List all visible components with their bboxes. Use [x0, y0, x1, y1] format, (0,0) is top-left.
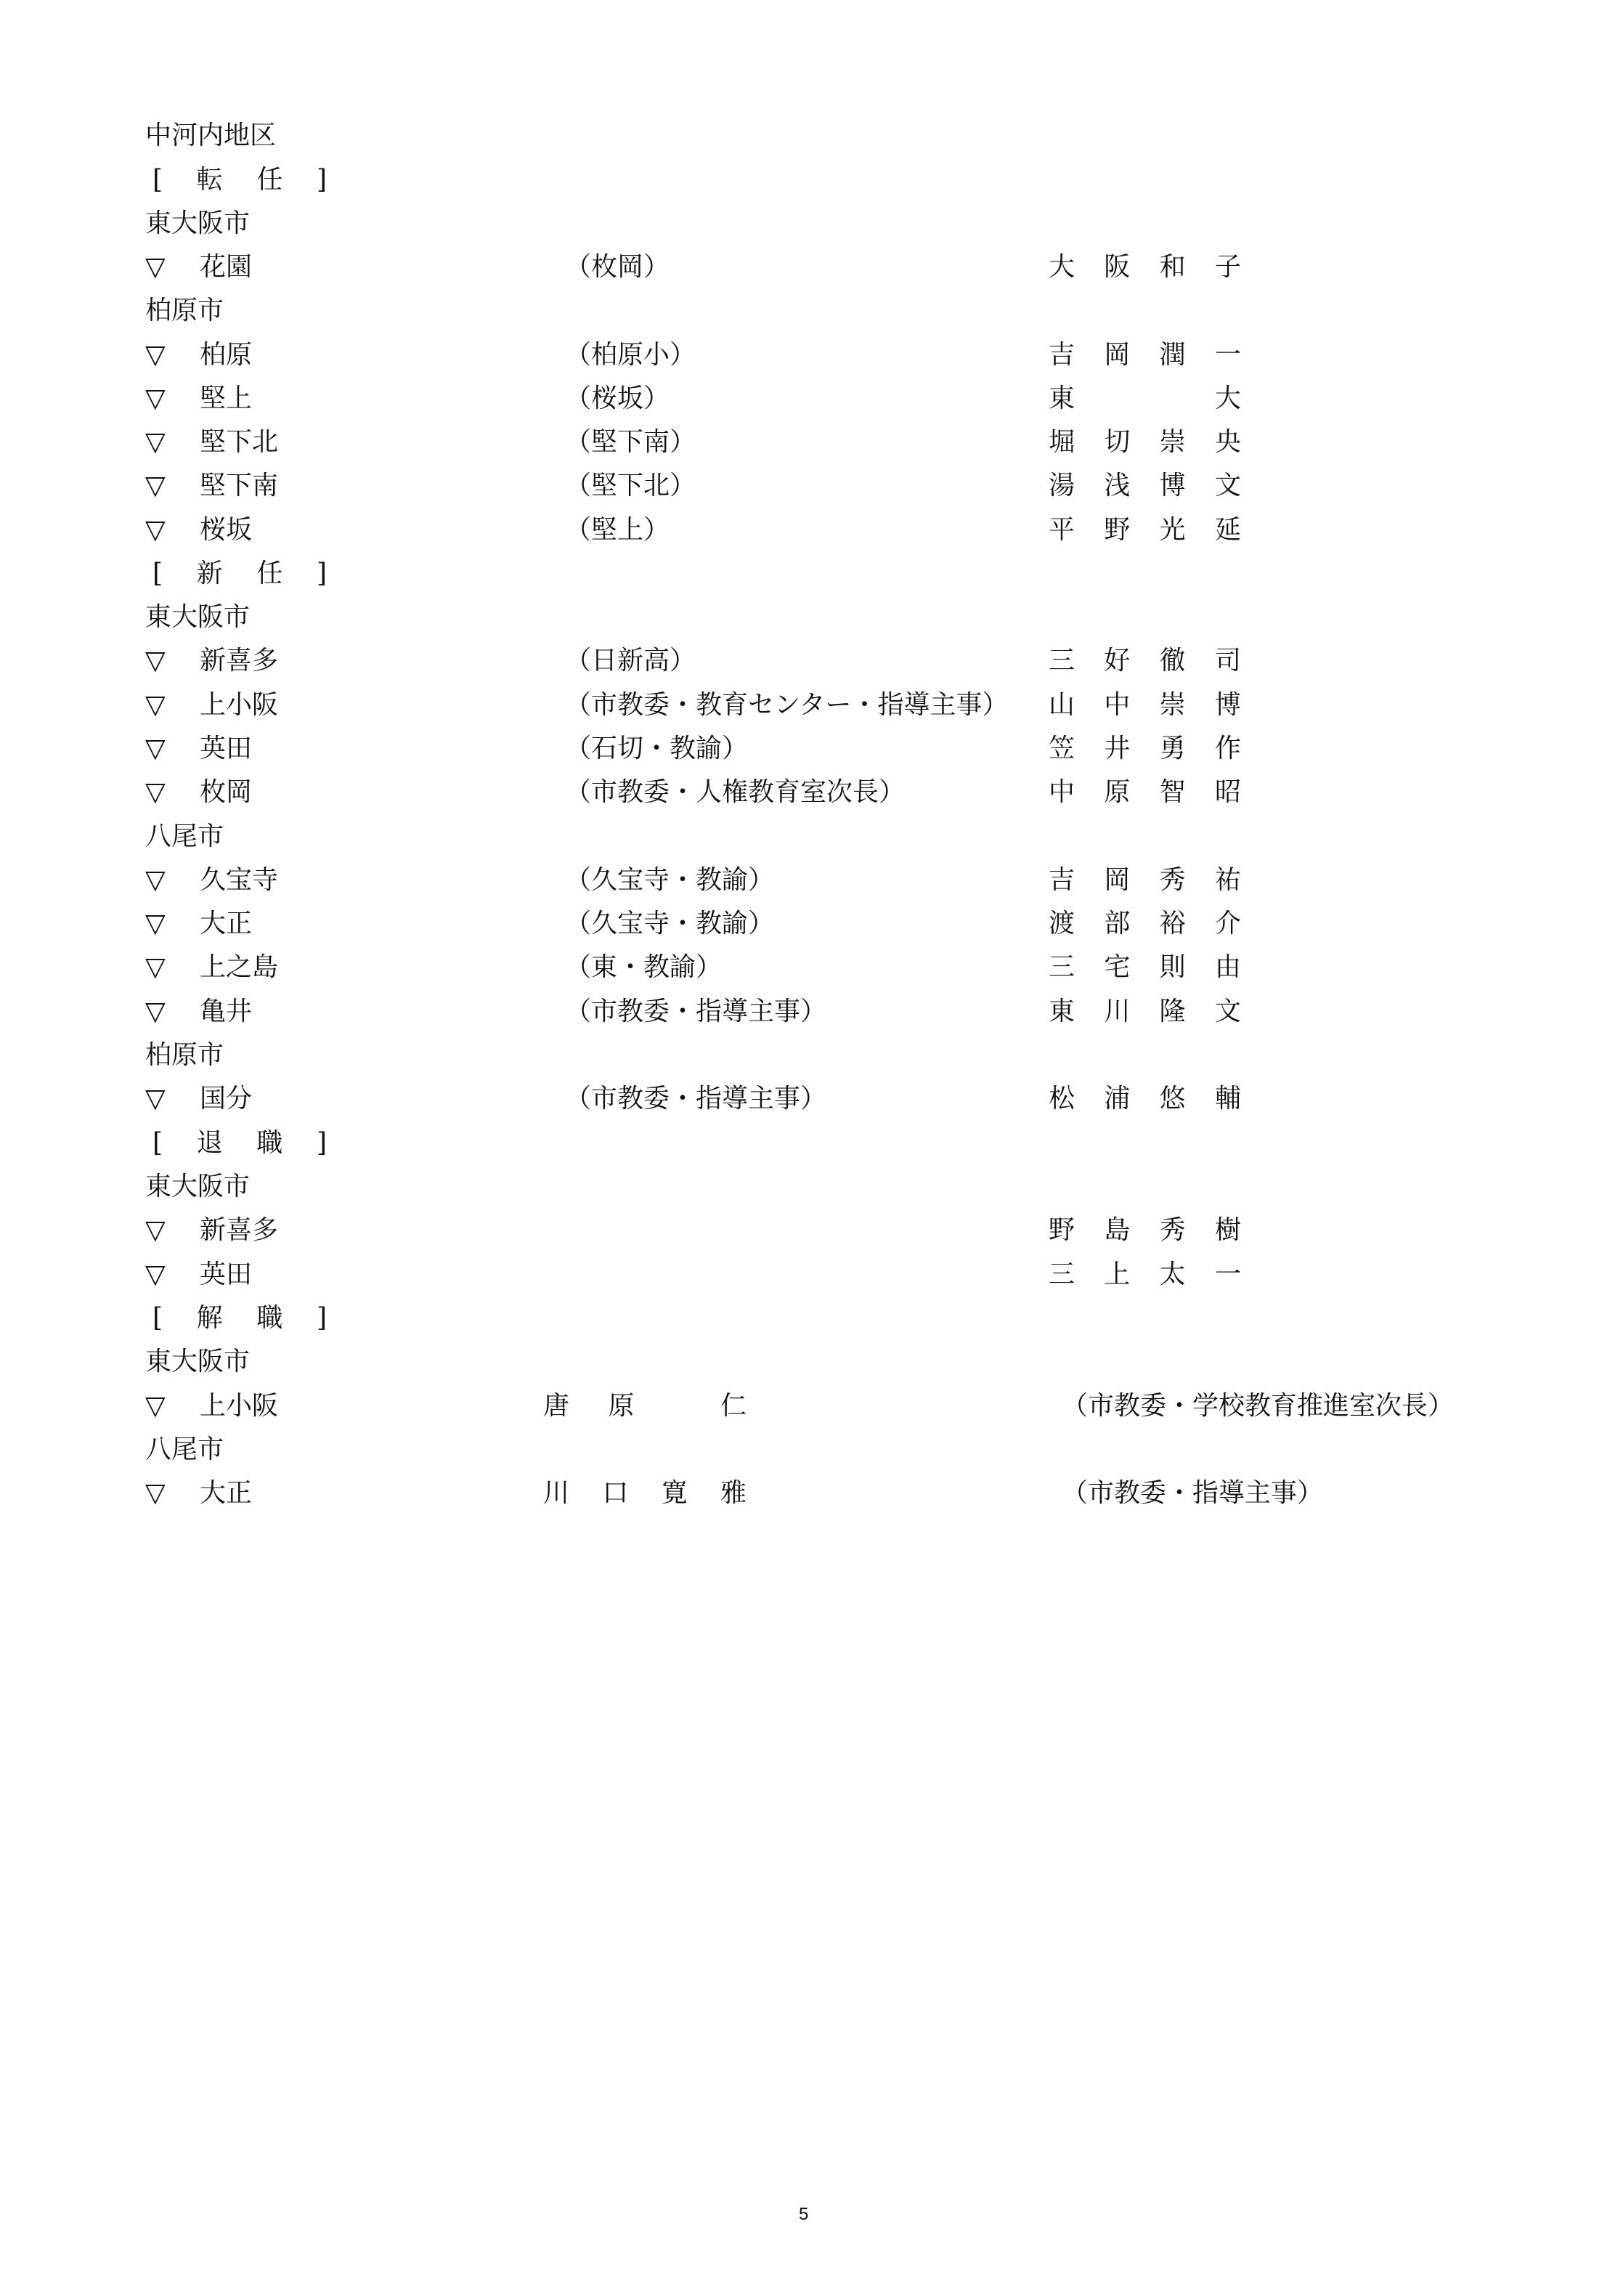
- school-name: 堅下南: [200, 464, 278, 508]
- triangle-marker-icon: ▽: [145, 990, 166, 1034]
- personnel-row: ▽ 堅下南 （堅下北） 湯浅博文: [0, 464, 1623, 508]
- city-heading: 東大阪市: [0, 1340, 1623, 1384]
- triangle-marker-icon: ▽: [145, 727, 166, 771]
- school-name: 上小阪: [200, 683, 278, 727]
- section-transfer-label: [ 転 任 ]: [152, 158, 327, 202]
- city-heading: 東大阪市: [0, 202, 1623, 246]
- previous-post: （堅下南）: [565, 421, 696, 464]
- city-heading: 東大阪市: [0, 1165, 1623, 1209]
- personnel-row: ▽ 堅上 （桜坂） 東大: [0, 377, 1623, 421]
- previous-post: （市教委・指導主事）: [565, 1077, 826, 1121]
- triangle-marker-icon: ▽: [145, 902, 166, 946]
- previous-post: （東・教諭）: [565, 946, 722, 989]
- school-name: 大正: [200, 902, 252, 946]
- new-post: （市教委・学校教育推進室次長）: [1062, 1384, 1454, 1428]
- school-name: 桜坂: [200, 508, 252, 552]
- personnel-row: ▽ 英田 三上太一: [0, 1253, 1623, 1297]
- previous-post: （石切・教諭）: [565, 727, 748, 771]
- section-retire-label: [退職]: [152, 1121, 327, 1165]
- personnel-row: ▽ 大正 （久宝寺・教諭） 渡部裕介: [0, 902, 1623, 946]
- triangle-marker-icon: ▽: [145, 464, 166, 508]
- person-name: 渡部裕介: [1049, 902, 1241, 946]
- personnel-row: ▽ 英田 （石切・教諭） 笠井勇作: [0, 727, 1623, 771]
- school-name: 花園: [200, 246, 252, 289]
- section-new-label: [新任]: [152, 552, 327, 596]
- school-name: 堅下北: [200, 421, 278, 464]
- school-name: 大正: [200, 1472, 252, 1515]
- person-name: 東大: [1049, 377, 1241, 421]
- person-name: 三上太一: [1049, 1253, 1241, 1297]
- triangle-marker-icon: ▽: [145, 683, 166, 727]
- previous-post: （日新高）: [565, 639, 696, 683]
- personnel-row: ▽ 桜坂 （堅上） 平野光延: [0, 508, 1623, 552]
- previous-post: （柏原小）: [565, 333, 696, 377]
- person-name: 松浦悠輔: [1049, 1077, 1241, 1121]
- person-name: 川口寛雅: [543, 1472, 747, 1515]
- triangle-marker-icon: ▽: [145, 1077, 166, 1121]
- city-heading: 八尾市: [0, 815, 1623, 859]
- previous-post: （市教委・人権教育室次長）: [565, 771, 905, 814]
- person-name: 吉岡潤一: [1049, 333, 1241, 377]
- person-name: 堀切崇央: [1049, 421, 1241, 464]
- person-name: 三好徹司: [1049, 639, 1241, 683]
- city-heading: 柏原市: [0, 289, 1623, 333]
- person-name: 笠井勇作: [1049, 727, 1241, 771]
- district-title: 中河内地区: [145, 114, 276, 158]
- person-name: 唐原 仁: [543, 1384, 747, 1428]
- previous-post: （市教委・教育センター・指導主事）: [565, 683, 1009, 727]
- personnel-row: ▽ 上小阪 （市教委・教育センター・指導主事） 山中崇博: [0, 683, 1623, 727]
- new-post: （市教委・指導主事）: [1062, 1472, 1323, 1515]
- city-heading: 柏原市: [0, 1034, 1623, 1077]
- previous-post: （堅上）: [565, 508, 670, 552]
- person-name: 東川隆文: [1049, 990, 1241, 1034]
- person-name: 山中崇博: [1049, 683, 1241, 727]
- section-dismiss: [解職]: [0, 1297, 1623, 1340]
- city-heading: 東大阪市: [0, 596, 1623, 639]
- person-name: 平野光延: [1049, 508, 1241, 552]
- school-name: 枚岡: [200, 771, 252, 814]
- personnel-row: ▽ 上小阪 唐原 仁 （市教委・学校教育推進室次長）: [0, 1384, 1623, 1428]
- personnel-row: ▽ 花園 （枚岡） 大阪和子: [0, 246, 1623, 289]
- triangle-marker-icon: ▽: [145, 1384, 166, 1428]
- triangle-marker-icon: ▽: [145, 1209, 166, 1252]
- school-name: 堅上: [200, 377, 252, 421]
- personnel-row: ▽ 国分 （市教委・指導主事） 松浦悠輔: [0, 1077, 1623, 1121]
- district-heading: 中河内地区: [0, 114, 1623, 158]
- section-retire: [退職]: [0, 1121, 1623, 1165]
- city-heading: 八尾市: [0, 1428, 1623, 1472]
- school-name: 亀井: [200, 990, 252, 1034]
- personnel-row: ▽ 久宝寺 （久宝寺・教諭） 吉岡秀祐: [0, 859, 1623, 902]
- triangle-marker-icon: ▽: [145, 421, 166, 464]
- school-name: 新喜多: [200, 639, 278, 683]
- personnel-row: ▽ 大正 川口寛雅 （市教委・指導主事）: [0, 1472, 1623, 1515]
- triangle-marker-icon: ▽: [145, 333, 166, 377]
- personnel-row: ▽ 柏原 （柏原小） 吉岡潤一: [0, 333, 1623, 377]
- previous-post: （久宝寺・教諭）: [565, 902, 774, 946]
- previous-post: （桜坂）: [565, 377, 670, 421]
- triangle-marker-icon: ▽: [145, 508, 166, 552]
- triangle-marker-icon: ▽: [145, 1253, 166, 1297]
- triangle-marker-icon: ▽: [145, 771, 166, 814]
- school-name: 新喜多: [200, 1209, 278, 1252]
- school-name: 英田: [200, 1253, 252, 1297]
- previous-post: （枚岡）: [565, 246, 670, 289]
- personnel-row: ▽ 堅下北 （堅下南） 堀切崇央: [0, 421, 1623, 464]
- triangle-marker-icon: ▽: [145, 377, 166, 421]
- school-name: 国分: [200, 1077, 252, 1121]
- person-name: 湯浅博文: [1049, 464, 1241, 508]
- triangle-marker-icon: ▽: [145, 639, 166, 683]
- triangle-marker-icon: ▽: [145, 1472, 166, 1515]
- school-name: 久宝寺: [200, 859, 278, 902]
- page-number: 5: [799, 2204, 808, 2225]
- triangle-marker-icon: ▽: [145, 246, 166, 289]
- personnel-row: ▽ 上之島 （東・教諭） 三宅則由: [0, 946, 1623, 989]
- previous-post: （堅下北）: [565, 464, 696, 508]
- school-name: 上小阪: [200, 1384, 278, 1428]
- triangle-marker-icon: ▽: [145, 859, 166, 902]
- previous-post: （市教委・指導主事）: [565, 990, 826, 1034]
- personnel-row: ▽ 亀井 （市教委・指導主事） 東川隆文: [0, 990, 1623, 1034]
- previous-post: （久宝寺・教諭）: [565, 859, 774, 902]
- person-name: 三宅則由: [1049, 946, 1241, 989]
- section-dismiss-label: [解職]: [152, 1297, 327, 1340]
- person-name: 野島秀樹: [1049, 1209, 1241, 1252]
- school-name: 柏原: [200, 333, 252, 377]
- section-new: [新任]: [0, 552, 1623, 596]
- personnel-row: ▽ 新喜多 （日新高） 三好徹司: [0, 639, 1623, 683]
- person-name: 大阪和子: [1049, 246, 1241, 289]
- personnel-row: ▽ 新喜多 野島秀樹: [0, 1209, 1623, 1252]
- school-name: 英田: [200, 727, 252, 771]
- document-page: 中河内地区 [ 転 任 ] 東大阪市 ▽ 花園 （枚岡） 大阪和子 柏原市 ▽ …: [0, 0, 1623, 2296]
- triangle-marker-icon: ▽: [145, 946, 166, 989]
- person-name: 中原智昭: [1049, 771, 1241, 814]
- personnel-row: ▽ 枚岡 （市教委・人権教育室次長） 中原智昭: [0, 771, 1623, 814]
- school-name: 上之島: [200, 946, 278, 989]
- person-name: 吉岡秀祐: [1049, 859, 1241, 902]
- section-transfer: [ 転 任 ]: [0, 158, 1623, 202]
